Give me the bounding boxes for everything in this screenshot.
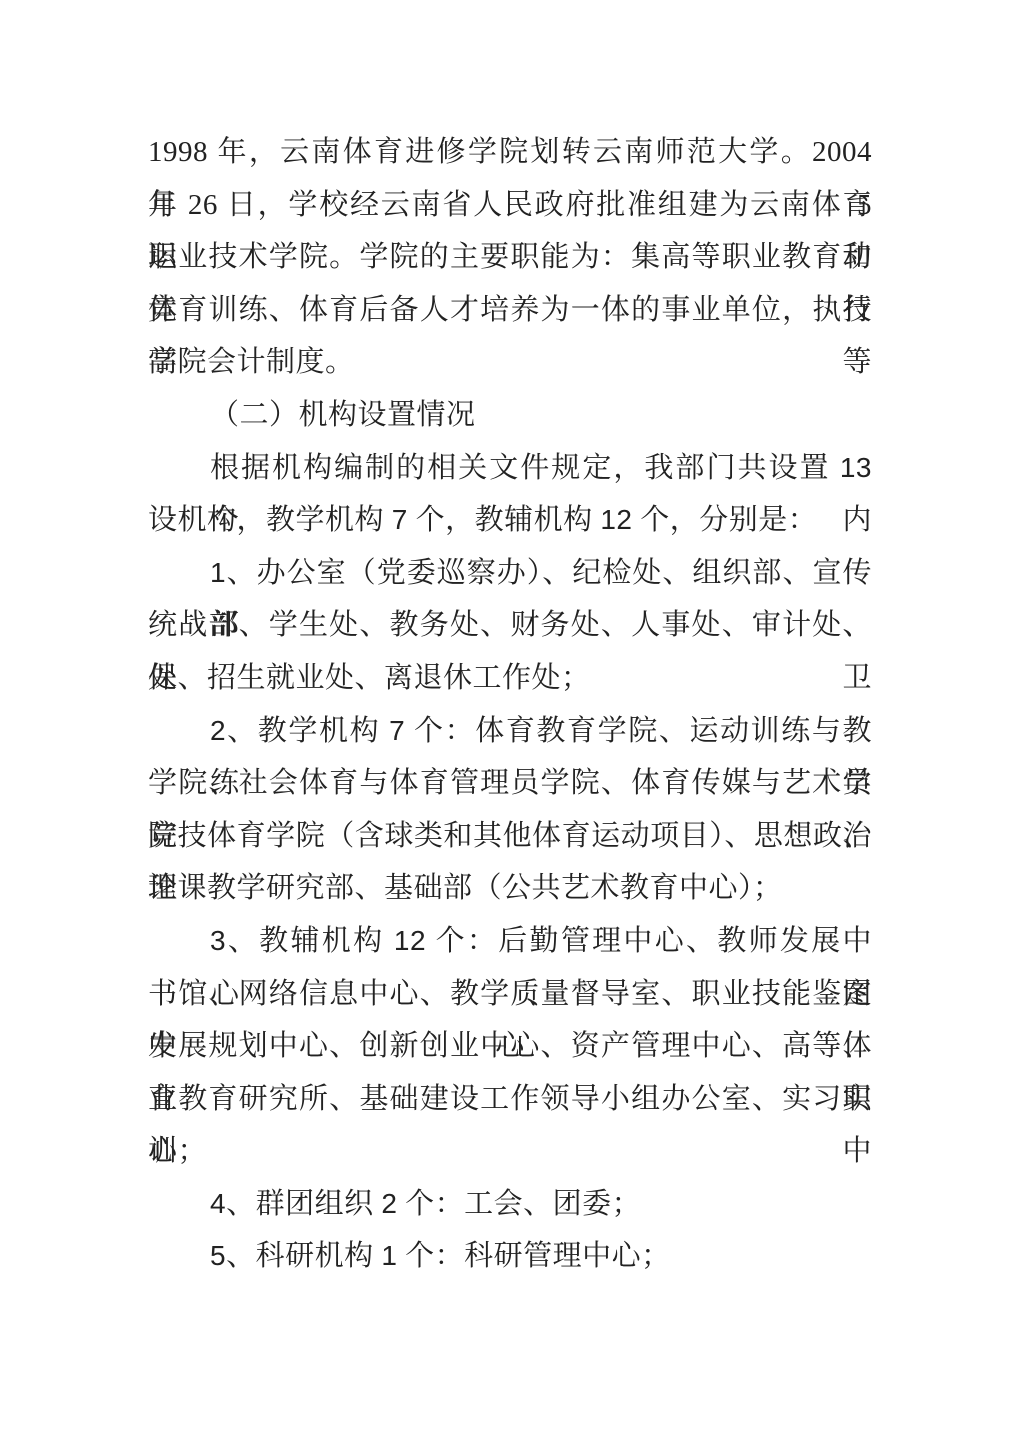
- numeral: 13: [840, 452, 872, 483]
- numeral: 12: [600, 504, 632, 535]
- paragraph: 2、教学机构 7 个：体育教育学院、运动训练与教练员学院、社会体育与体育管理员学…: [148, 705, 872, 915]
- document-body: 1998 年，云南体育进修学院划转云南师范大学。2004 年 5月 26 日，学…: [148, 126, 872, 1283]
- text-line: 竞技体育学院（含球类和其他体育运动项目）、思想政治理: [148, 810, 872, 863]
- numeral: 7: [392, 504, 408, 535]
- document-page: 1998 年，云南体育进修学院划转云南师范大学。2004 年 5月 26 日，学…: [0, 0, 1024, 1448]
- text-line: （二）机构设置情况: [148, 389, 872, 442]
- text-line: 学院、社会体育与体育管理员学院、体育传媒与艺术学院、: [148, 757, 872, 810]
- text-line: 统战部、学生处、教务处、财务处、人事处、审计处、保卫: [148, 599, 872, 652]
- text-line: 职业技术学院。学院的主要职能为：集高等职业教育和竞技: [148, 231, 872, 284]
- text-line: 1、办公室（党委巡察办）、纪检处、组织部、宣传部、: [148, 547, 872, 600]
- numeral: 3: [210, 925, 226, 956]
- text-line: 业教育研究所、基础建设工作领导小组办公室、实习实训中: [148, 1073, 872, 1126]
- numeral: 1: [210, 557, 226, 588]
- paragraph: 3、教辅机构 12 个：后勤管理中心、教师发展中心、图书馆、网络信息中心、教学质…: [148, 915, 872, 1178]
- text-line: 月 26 日，学校经云南省人民政府批准组建为云南体育运动: [148, 179, 872, 232]
- paragraph: 5、科研机构 1 个：科研管理中心；: [148, 1230, 872, 1283]
- numeral: 4: [210, 1188, 226, 1219]
- text-line: 4、群团组织 2 个：工会、团委；: [148, 1178, 872, 1231]
- paragraph: 4、群团组织 2 个：工会、团委；: [148, 1178, 872, 1231]
- text-line: 3、教辅机构 12 个：后勤管理中心、教师发展中心、图: [148, 915, 872, 968]
- text-line: 1998 年，云南体育进修学院划转云南师范大学。2004 年 5: [148, 126, 872, 179]
- text-line: 5、科研机构 1 个：科研管理中心；: [148, 1230, 872, 1283]
- text-line: 书馆、网络信息中心、教学质量督导室、职业技能鉴定中心、: [148, 968, 872, 1021]
- paragraph: 1998 年，云南体育进修学院划转云南师范大学。2004 年 5月 26 日，学…: [148, 126, 872, 389]
- numeral: 2004: [812, 136, 872, 168]
- numeral: 1: [381, 1240, 397, 1271]
- numeral: 5: [210, 1240, 226, 1271]
- numeral: 2: [381, 1188, 397, 1219]
- text-line: 体育训练、体育后备人才培养为一体的事业单位，执行高等: [148, 284, 872, 337]
- paragraph: 根据机构编制的相关文件规定，我部门共设置 13 个内设机构，教学机构 7 个，教…: [148, 442, 872, 547]
- numeral: 1998: [148, 136, 208, 168]
- text-line: 发展规划中心、创新创业中心、资产管理中心、高等体育职: [148, 1020, 872, 1073]
- text-line: 论课教学研究部、基础部（公共艺术教育中心）；: [148, 862, 872, 915]
- text-line: 根据机构编制的相关文件规定，我部门共设置 13 个内: [148, 442, 872, 495]
- paragraph: （二）机构设置情况: [148, 389, 872, 442]
- numeral: 12: [394, 925, 426, 956]
- numeral: 7: [389, 715, 405, 746]
- text-line: 设机构，教学机构 7 个，教辅机构 12 个，分别是：: [148, 494, 872, 547]
- numeral: 2: [210, 715, 226, 746]
- text-line: 2、教学机构 7 个：体育教育学院、运动训练与教练员: [148, 705, 872, 758]
- numeral: 26: [188, 189, 218, 221]
- paragraph: 1、办公室（党委巡察办）、纪检处、组织部、宣传部、统战部、学生处、教务处、财务处…: [148, 547, 872, 705]
